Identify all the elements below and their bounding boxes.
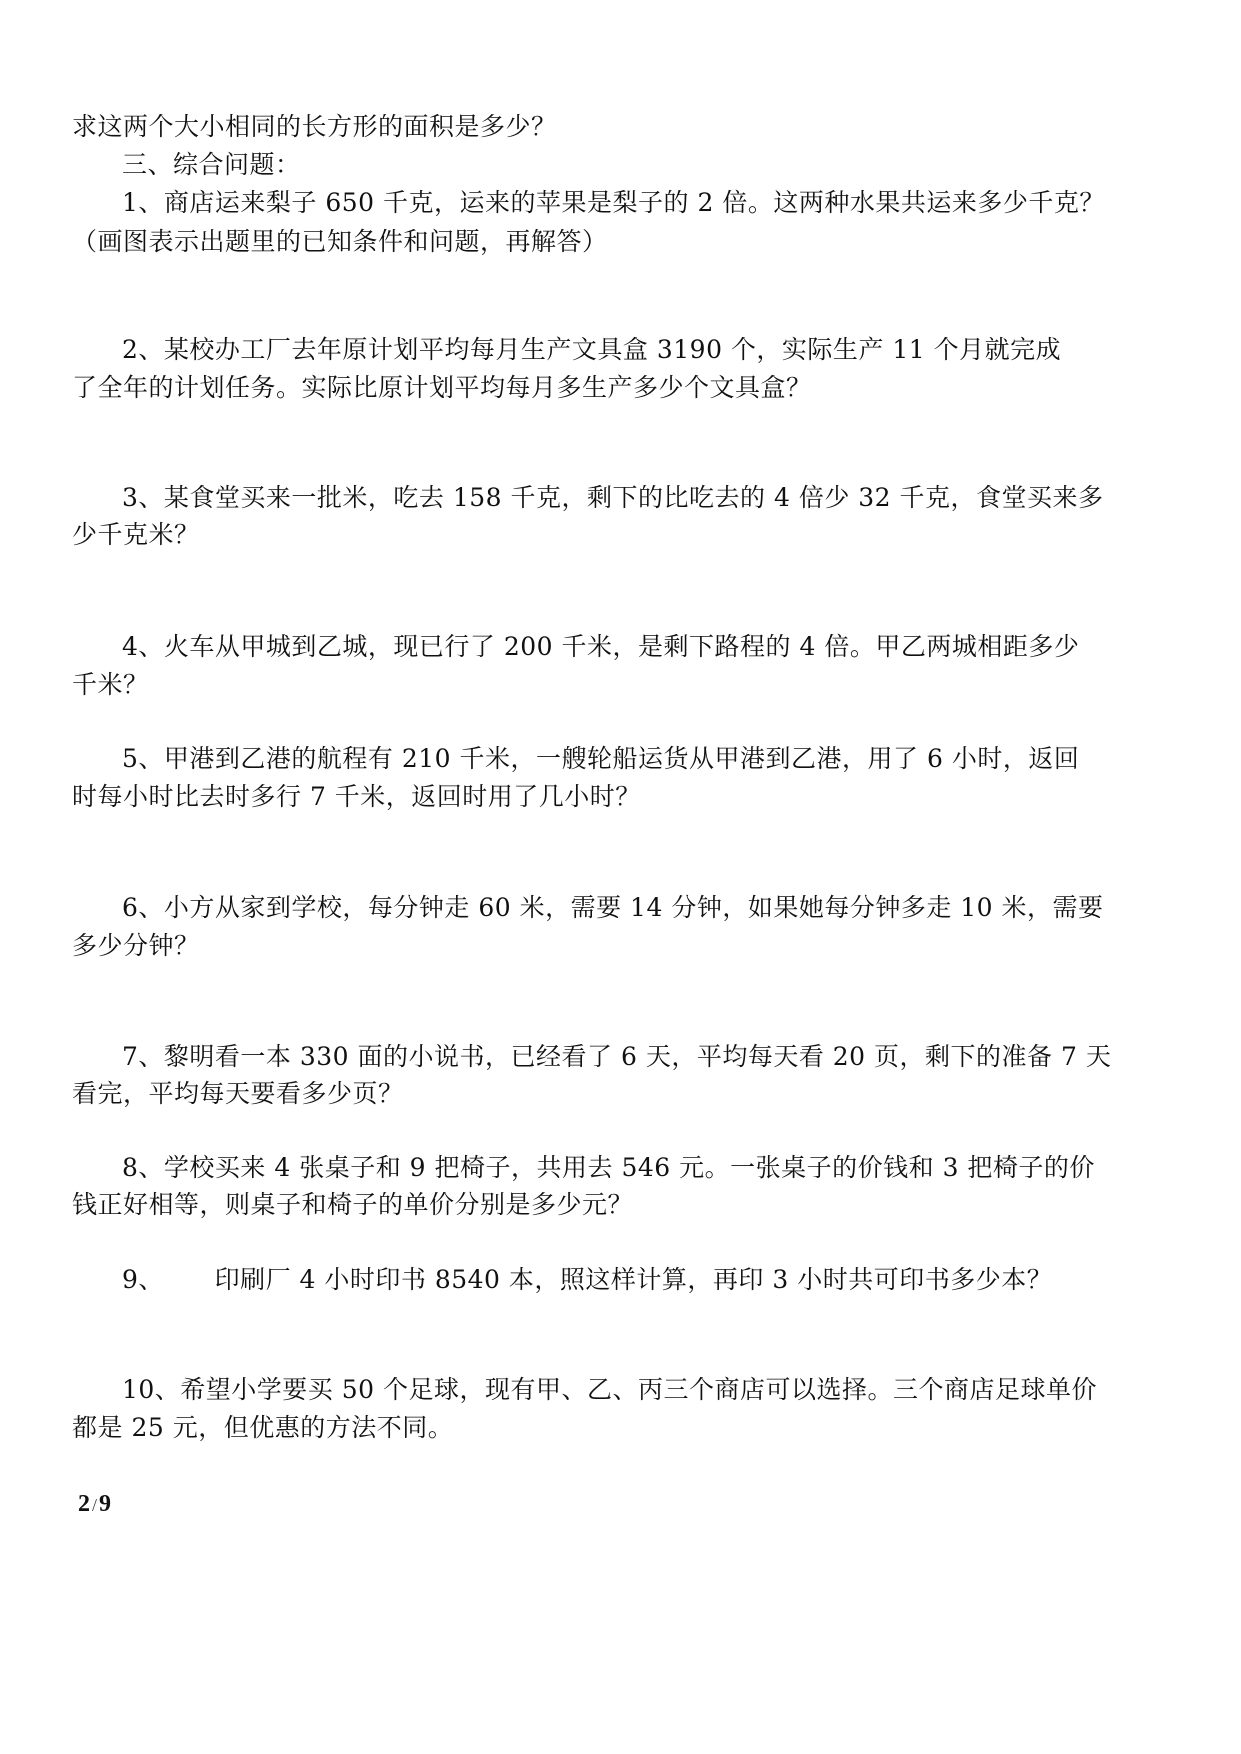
problem-text: 8、学校买来 4 张桌子和 9 把椅子，共用去 546 元。一张桌子的价钱和 3… (122, 1153, 1232, 1183)
section-heading: 三、综合问题： (122, 150, 1232, 180)
intro-continuation: 求这两个大小相同的长方形的面积是多少？ (72, 112, 1182, 142)
problem-text: 少千克米？ (72, 520, 1182, 550)
page-current: 2 (78, 1491, 90, 1517)
page-number: 2/9 (78, 1490, 111, 1519)
problem-text: 6、小方从家到学校，每分钟走 60 米，需要 14 分钟，如果她每分钟多走 10… (122, 893, 1232, 923)
problem-text: 看完，平均每天要看多少页？ (72, 1079, 1182, 1109)
problem-text: 1、商店运来梨子 650 千克，运来的苹果是梨子的 2 倍。这两种水果共运来多少… (122, 188, 1232, 218)
problem-text: 4、火车从甲城到乙城，现已行了 200 千米，是剩下路程的 4 倍。甲乙两城相距… (122, 632, 1232, 662)
problem-text: 多少分钟？ (72, 931, 1182, 961)
problem-text: 千米？ (72, 670, 1182, 700)
page-total: 9 (99, 1491, 111, 1517)
problem-text: 时每小时比去时多行 7 千米，返回时用了几小时？ (72, 782, 1182, 812)
problem-text: （画图表示出题里的已知条件和问题，再解答） (72, 227, 1182, 257)
problem-text: 5、甲港到乙港的航程有 210 千米，一艘轮船运货从甲港到乙港，用了 6 小时，… (122, 744, 1232, 774)
page-separator: / (92, 1495, 97, 1515)
problem-text: 了全年的计划任务。实际比原计划平均每月多生产多少个文具盒？ (72, 373, 1182, 403)
problem-text: 都是 25 元，但优惠的方法不同。 (72, 1413, 1182, 1443)
problem-text: 2、某校办工厂去年原计划平均每月生产文具盒 3190 个，实际生产 11 个月就… (122, 335, 1232, 365)
problem-text: 10、希望小学要买 50 个足球，现有甲、乙、丙三个商店可以选择。三个商店足球单… (122, 1375, 1232, 1405)
problem-text: 7、黎明看一本 330 面的小说书，已经看了 6 天，平均每天看 20 页，剩下… (122, 1042, 1232, 1072)
problem-text: 3、某食堂买来一批米，吃去 158 千克，剩下的比吃去的 4 倍少 32 千克，… (122, 483, 1232, 513)
problem-text: 钱正好相等，则桌子和椅子的单价分别是多少元？ (72, 1190, 1182, 1220)
problem-text: 9、 印刷厂 4 小时印书 8540 本，照这样计算，再印 3 小时共可印书多少… (122, 1265, 1232, 1295)
